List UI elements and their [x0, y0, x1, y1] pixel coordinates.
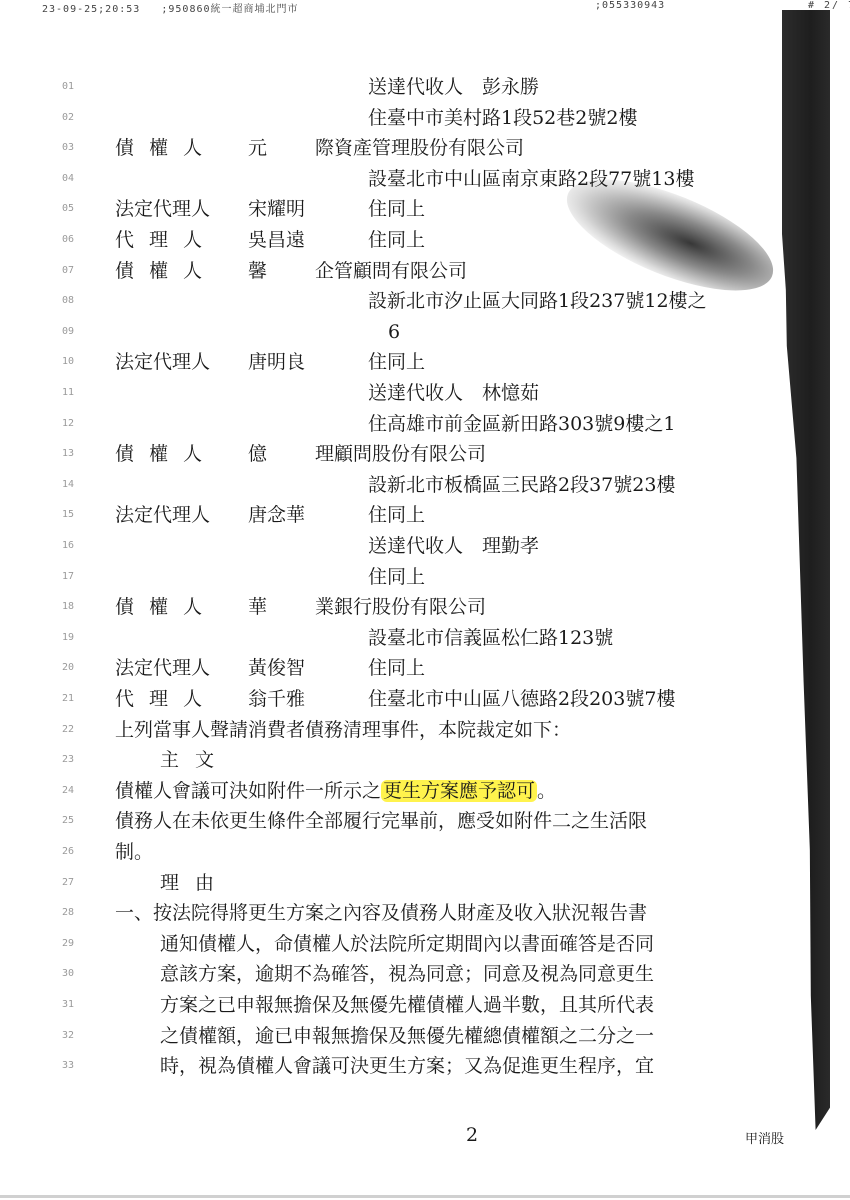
document-line: 21代理人翁千雅住臺北市中山區八德路2段203號7樓: [0, 684, 760, 714]
party-name-redacted: 億理顧問股份有限公司: [248, 439, 486, 469]
document-line: 17住同上: [0, 562, 760, 592]
document-line: 18債權人華業銀行股份有限公司: [0, 592, 760, 622]
body-text-indented: 之債權額，逾已申報無擔保及無優先權總債權額之二分之一: [160, 1021, 654, 1051]
name-suffix: 企管顧問有限公司: [315, 260, 467, 282]
document-line: 26制。: [0, 837, 760, 867]
address-text: 住臺中市美村路1段52巷2號2樓: [368, 103, 637, 133]
fax-page: # 2/ 7: [808, 0, 850, 11]
document-line: 14設新北市板橋區三民路2段37號23樓: [0, 470, 760, 500]
document-line: 32之債權額，逾已申報無擔保及無優先權總債權額之二分之一: [0, 1021, 760, 1051]
document-line: 31方案之已申報無擔保及無優先權債權人過半數，且其所代表: [0, 990, 760, 1020]
line-number: 20: [62, 653, 74, 683]
party-role-label: 代理人: [115, 225, 217, 255]
line-number: 27: [62, 868, 74, 898]
document-line: 13債權人億理顧問股份有限公司: [0, 439, 760, 469]
line-number: 04: [62, 164, 74, 194]
party-name: 翁千雅: [248, 684, 305, 714]
address-text: 住同上: [368, 562, 425, 592]
document-line: 08設新北市汐止區大同路1段237號12樓之: [0, 286, 760, 316]
line-number: 16: [62, 531, 74, 561]
document-line: 11送達代收人 林憶茹: [0, 378, 760, 408]
party-role-label: 債權人: [115, 592, 217, 622]
name-suffix: 業銀行股份有限公司: [315, 596, 486, 618]
ruling-text: 債權人會議可決如附件一所示之更生方案應予認可。: [115, 776, 556, 806]
line-number: 10: [62, 347, 74, 377]
line-number: 01: [62, 72, 74, 102]
address-text: 送達代收人 理勤孝: [368, 531, 539, 561]
line-number: 22: [62, 715, 74, 745]
body-text-indented: 通知債權人，命債權人於法院所定期間內以書面確答是否同: [160, 929, 654, 959]
line-number: 25: [62, 806, 74, 836]
name-prefix: 元: [248, 137, 267, 159]
section-heading: 主文: [160, 745, 230, 775]
party-role-label: 債權人: [115, 256, 217, 286]
section-heading: 理由: [160, 868, 230, 898]
address-text: 送達代收人 林憶茹: [368, 378, 539, 408]
party-role-label: 法定代理人: [115, 194, 210, 224]
redaction-block: [267, 262, 315, 282]
body-text: 上列當事人聲請消費者債務清理事件，本院裁定如下：: [115, 715, 571, 745]
document-line: 06代理人吳昌遠住同上: [0, 225, 760, 255]
party-role-label: 法定代理人: [115, 653, 210, 683]
name-prefix: 億: [248, 443, 267, 465]
line-number: 31: [62, 990, 74, 1020]
line-number: 24: [62, 776, 74, 806]
body-text: 一、按法院得將更生方案之內容及債務人財產及收入狀況報告書: [115, 898, 647, 928]
document-line: 01送達代收人 彭永勝: [0, 72, 760, 102]
address-text: 住同上: [368, 653, 425, 683]
redaction-block: [267, 598, 315, 618]
document-line: 12住高雄市前金區新田路303號9樓之1: [0, 409, 760, 439]
fax-timestamp: 23-09-25;20:53 ;950860統一超商埔北門市: [42, 0, 299, 15]
address-text: 住同上: [368, 347, 425, 377]
party-name: 吳昌遠: [248, 225, 305, 255]
name-prefix: 馨: [248, 260, 267, 282]
body-text: 制。: [115, 837, 153, 867]
line-number: 30: [62, 959, 74, 989]
party-role-label: 法定代理人: [115, 347, 210, 377]
line-number: 28: [62, 898, 74, 928]
address-text: 設臺北市信義區松仁路123號: [368, 623, 613, 653]
document-line: 04設臺北市中山區南京東路2段77號13樓: [0, 164, 760, 194]
address-text: 住高雄市前金區新田路303號9樓之1: [368, 409, 675, 439]
party-name-redacted: 馨企管顧問有限公司: [248, 256, 467, 286]
address-text: 住同上: [368, 194, 425, 224]
fax-header: 23-09-25;20:53 ;950860統一超商埔北門市 ;05533094…: [0, 0, 850, 14]
document-line: 07債權人馨企管顧問有限公司: [0, 256, 760, 286]
ruling-text-end: 。: [537, 780, 556, 802]
page-bottom-edge: [0, 1195, 850, 1198]
line-number: 18: [62, 592, 74, 622]
fax-number: ;055330943: [595, 0, 665, 11]
body-text-indented: 時，視為債權人會議可決更生方案；又為促進更生程序，宜: [160, 1051, 654, 1081]
line-number: 29: [62, 929, 74, 959]
line-number: 19: [62, 623, 74, 653]
line-number: 09: [62, 317, 74, 347]
document-line: 24債權人會議可決如附件一所示之更生方案應予認可。: [0, 776, 760, 806]
redaction-block: [267, 445, 315, 465]
body-text: 債務人在未依更生條件全部履行完畢前，應受如附件二之生活限: [115, 806, 647, 836]
body-text-indented: 方案之已申報無擔保及無優先權債權人過半數，且其所代表: [160, 990, 654, 1020]
document-line: 096: [0, 317, 760, 347]
highlighted-text: 更生方案應予認可: [381, 780, 537, 802]
line-number: 13: [62, 439, 74, 469]
address-text: 住同上: [368, 225, 425, 255]
name-suffix: 際資產管理股份有限公司: [315, 137, 524, 159]
page-number: 2: [466, 1124, 478, 1146]
document-line: 22上列當事人聲請消費者債務清理事件，本院裁定如下：: [0, 715, 760, 745]
address-text: 設新北市汐止區大同路1段237號12樓之: [368, 286, 707, 316]
line-number: 06: [62, 225, 74, 255]
document-line: 25債務人在未依更生條件全部履行完畢前，應受如附件二之生活限: [0, 806, 760, 836]
document-line: 10法定代理人唐明良住同上: [0, 347, 760, 377]
address-text: 住同上: [368, 500, 425, 530]
document-line: 15法定代理人唐念華住同上: [0, 500, 760, 530]
document-line: 03債權人元際資產管理股份有限公司: [0, 133, 760, 163]
document-line: 33時，視為債權人會議可決更生方案；又為促進更生程序，宜: [0, 1051, 760, 1081]
party-role-label: 債權人: [115, 439, 217, 469]
document-line: 05法定代理人宋耀明住同上: [0, 194, 760, 224]
name-prefix: 華: [248, 596, 267, 618]
document-line: 02住臺中市美村路1段52巷2號2樓: [0, 103, 760, 133]
line-number: 12: [62, 409, 74, 439]
redaction-block: [267, 139, 315, 159]
ruling-text-start: 債權人會議可決如附件一所示之: [115, 780, 381, 802]
line-number: 15: [62, 500, 74, 530]
line-number: 17: [62, 562, 74, 592]
document-line: 20法定代理人黃俊智住同上: [0, 653, 760, 683]
body-text-indented: 意該方案，逾期不為確答，視為同意；同意及視為同意更生: [160, 959, 654, 989]
party-name: 唐念華: [248, 500, 305, 530]
party-name-redacted: 華業銀行股份有限公司: [248, 592, 486, 622]
document-line: 16送達代收人 理勤孝: [0, 531, 760, 561]
party-role-label: 法定代理人: [115, 500, 210, 530]
line-number: 11: [62, 378, 74, 408]
document-line: 30意該方案，逾期不為確答，視為同意；同意及視為同意更生: [0, 959, 760, 989]
party-name: 黃俊智: [248, 653, 305, 683]
line-number: 05: [62, 194, 74, 224]
line-number: 26: [62, 837, 74, 867]
document-line: 23主文: [0, 745, 760, 775]
line-number: 23: [62, 745, 74, 775]
party-name: 唐明良: [248, 347, 305, 377]
document-line: 19設臺北市信義區松仁路123號: [0, 623, 760, 653]
document-line: 29通知債權人，命債權人於法院所定期間內以書面確答是否同: [0, 929, 760, 959]
party-name-redacted: 元際資產管理股份有限公司: [248, 133, 524, 163]
line-number: 14: [62, 470, 74, 500]
line-number: 33: [62, 1051, 74, 1081]
department-label: 甲消股: [745, 1128, 784, 1147]
line-number: 08: [62, 286, 74, 316]
party-role-label: 債權人: [115, 133, 217, 163]
line-number: 02: [62, 103, 74, 133]
line-number: 21: [62, 684, 74, 714]
scan-edge-shadow: [782, 10, 830, 1130]
address-text: 6: [388, 317, 400, 347]
line-number: 03: [62, 133, 74, 163]
address-text: 設新北市板橋區三民路2段37號23樓: [368, 470, 675, 500]
line-number: 32: [62, 1021, 74, 1051]
address-text: 住臺北市中山區八德路2段203號7樓: [368, 684, 675, 714]
address-text: 設臺北市中山區南京東路2段77號13樓: [368, 164, 694, 194]
party-role-label: 代理人: [115, 684, 217, 714]
document-line: 28一、按法院得將更生方案之內容及債務人財產及收入狀況報告書: [0, 898, 760, 928]
address-text: 送達代收人 彭永勝: [368, 72, 539, 102]
line-number: 07: [62, 256, 74, 286]
name-suffix: 理顧問股份有限公司: [315, 443, 486, 465]
document-line: 27理由: [0, 868, 760, 898]
party-name: 宋耀明: [248, 194, 305, 224]
